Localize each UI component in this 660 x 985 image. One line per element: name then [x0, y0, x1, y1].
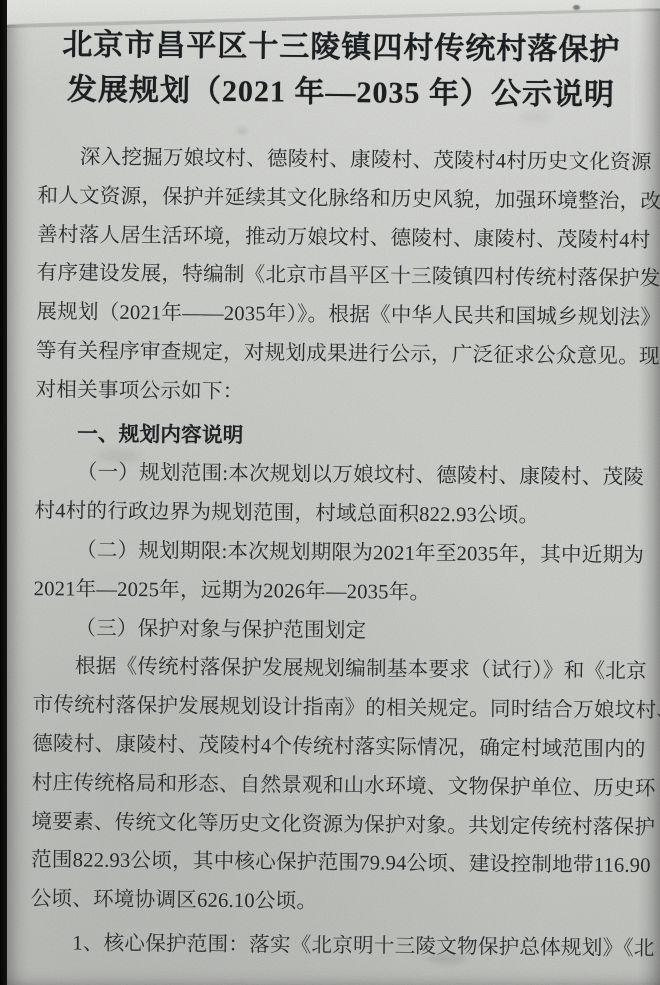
- text-line: 德陵村、康陵村、茂陵村4个传统村落实际情况，确定村域范围内的: [32, 725, 648, 770]
- text-line: 深入挖掘万娘坟村、德陵村、康陵村、茂陵村4村历史文化资源: [38, 138, 654, 183]
- section-heading: 一、规划内容说明: [35, 415, 651, 460]
- text-line: 和人文资源，保护并延续其文化脉络和历史风貌，加强环境整治，改: [37, 177, 653, 222]
- paper-right-shadow: [638, 0, 660, 985]
- document-body: 深入挖掘万娘坟村、德陵村、康陵村、茂陵村4村历史文化资源和人文资源，保护并延续其…: [30, 138, 654, 969]
- text-line: 根据《传统村落保护发展规划编制基本要求（试行）》和《北京: [33, 647, 649, 692]
- text-line: 境要素、传统文化等历史文化资源为保护对象。共划定传统村落保护: [31, 803, 647, 848]
- document-photo: 北京市昌平区十三陵镇四村传统村落保护 发展规划（2021 年—2035 年）公示…: [0, 0, 660, 985]
- text-line: （三）保护对象与保护范围划定: [33, 609, 649, 654]
- text-line: 等有关程序审查规定，对规划成果进行公示，广泛征求公众意见。现: [36, 332, 652, 377]
- text-line: 展规划（2021年——2035年）》。根据《中华人民共和国城乡规划法》: [36, 293, 652, 338]
- text-line: 范围822.93公顷，其中核心保护范围79.94公顷、建设控制地带116.90: [31, 841, 647, 886]
- title-line-1: 北京市昌平区十三陵镇四村传统村落保护: [45, 22, 638, 73]
- text-line: 对相关事项公示如下：: [35, 371, 651, 416]
- text-line: 有序建设发展，特编制《北京市昌平区十三陵镇四村传统村落保护发: [36, 255, 652, 300]
- text-line: 村4村的行政边界为规划范围，村域总面积822.93公顷。: [34, 492, 650, 537]
- text-line: 1、核心保护范围：落实《北京明十三陵文物保护总体规划》《北: [30, 924, 646, 969]
- text-line: 2021年—2025年，远期为2026年—2035年。: [33, 570, 649, 615]
- text-line: （一）规划范围:本次规划以万娘坟村、德陵村、康陵村、茂陵: [35, 453, 651, 498]
- paper: 北京市昌平区十三陵镇四村传统村落保护 发展规划（2021 年—2035 年）公示…: [7, 0, 660, 985]
- text-line: 公顷、环境协调区626.10公顷。: [30, 880, 646, 925]
- text-line: 村庄传统格局和形态、自然景观和山水环境、文物保护单位、历史环: [32, 764, 648, 809]
- document-content: 北京市昌平区十三陵镇四村传统村落保护 发展规划（2021 年—2035 年）公示…: [2, 0, 660, 969]
- text-line: （二）规划期限:本次规划期限为2021年至2035年，其中近期为: [34, 531, 650, 576]
- text-line: 善村落人居生活环境，推动万娘坟村、德陵村、康陵村、茂陵村4村: [37, 216, 653, 261]
- title-line-2: 发展规划（2021 年—2035 年）公示说明: [44, 67, 637, 118]
- text-line: 市传统村落保护发展规划设计指南》的相关规定。同时结合万娘坟村、: [32, 686, 648, 731]
- document-title: 北京市昌平区十三陵镇四村传统村落保护 发展规划（2021 年—2035 年）公示…: [44, 22, 638, 118]
